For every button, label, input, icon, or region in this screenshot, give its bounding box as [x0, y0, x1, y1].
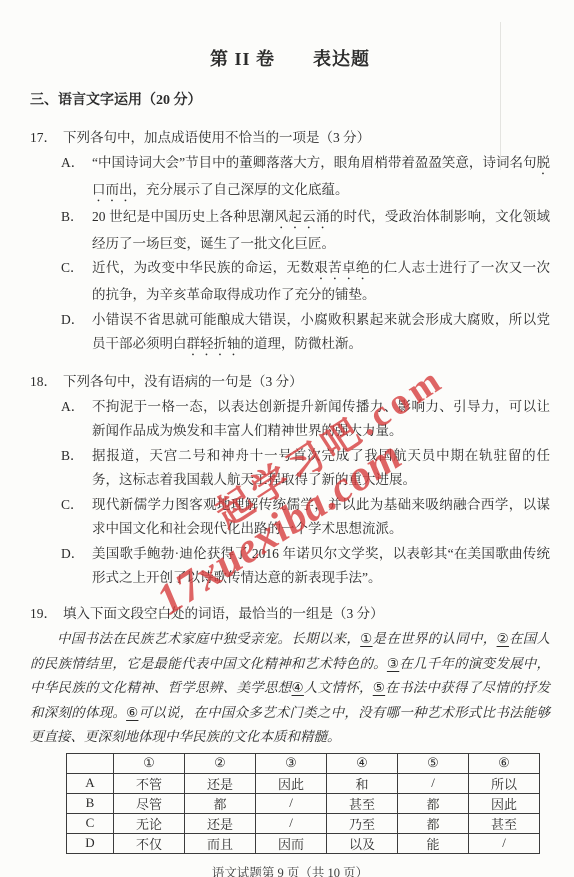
- table-cell: 都: [398, 813, 469, 833]
- passage-blank: ③: [387, 656, 399, 671]
- question-number: 18．: [30, 370, 63, 395]
- questions: 17．下列各句中，加点成语使用不恰当的一项是（3 分）A．“中国诗词大会”节目中…: [30, 126, 550, 626]
- table-cell: 无论: [114, 813, 185, 833]
- table-header-cell: ①: [114, 753, 185, 773]
- emphasized-idiom: 风起云涌: [275, 209, 330, 224]
- page-footer: 语文试题第 9 页（共 10 页）: [30, 863, 550, 877]
- table-cell: 都: [185, 793, 256, 813]
- option-label: A．: [61, 151, 92, 205]
- row-label: B: [67, 793, 114, 813]
- question-stem-text: 下列各句中，加点成语使用不恰当的一项是（3 分）: [63, 126, 550, 151]
- option-row: D．小错误不省思就可能酿成大错误，小腐败积累起来就会形成大腐败，所以党员干部必须…: [30, 308, 550, 360]
- option-text: “中国诗词大会”节目中的董卿落落大方，眼角眉梢带着盈盈笑意，诗词名句脱口而出，充…: [92, 151, 550, 205]
- table-cell: 还是: [185, 773, 256, 793]
- table-cell: 所以: [469, 773, 540, 793]
- option-text-segment: “中国诗词大会”节目中的董卿落落大方，眼角眉梢带着盈盈笑意，诗词名句: [92, 155, 537, 170]
- table-header-cell: ⑥: [469, 753, 540, 773]
- passage-blank: ⑥: [126, 705, 138, 720]
- table-cell: /: [256, 793, 327, 813]
- option-row: A．“中国诗词大会”节目中的董卿落落大方，眼角眉梢带着盈盈笑意，诗词名句脱口而出…: [30, 151, 550, 205]
- answer-table-body: A不管还是因此和/所以B尽管都/甚至都因此C无论还是/乃至都甚至D不仅而且因而以…: [67, 773, 540, 853]
- table-cell: 甚至: [469, 813, 540, 833]
- table-cell: 因而: [256, 833, 327, 853]
- option-label: D．: [61, 308, 92, 360]
- emphasized-idiom: 艰苦卓绝: [314, 260, 370, 275]
- table-header-cell: ⑤: [398, 753, 469, 773]
- table-header-cell: ③: [256, 753, 327, 773]
- option-row: C．现代新儒学力图客观地理解传统儒学，并以此为基础来吸纳融合西学，以谋求中国文化…: [30, 493, 550, 542]
- table-row: D不仅而且因而以及能/: [67, 833, 540, 853]
- question-stem: 17．下列各句中，加点成语使用不恰当的一项是（3 分）: [30, 126, 550, 151]
- passage-text-segment: 人文情怀，: [304, 680, 373, 695]
- option-text-segment: 美国歌手鲍勃·迪伦获得了 2016 年诺贝尔文学奖，以表彰其“在美国歌曲传统形式…: [92, 546, 550, 586]
- table-row: B尽管都/甚至都因此: [67, 793, 540, 813]
- table-cell: 而且: [185, 833, 256, 853]
- section-heading: 三、语言文字运用（20 分）: [30, 90, 550, 112]
- option-label: C．: [61, 256, 92, 308]
- table-cell: 尽管: [114, 793, 185, 813]
- question-stem: 18．下列各句中，没有语病的一句是（3 分）: [30, 370, 550, 395]
- option-text: 美国歌手鲍勃·迪伦获得了 2016 年诺贝尔文学奖，以表彰其“在美国歌曲传统形式…: [92, 542, 550, 591]
- question-stem-text: 填入下面文段空白处的词语，最恰当的一组是（3 分）: [63, 602, 550, 627]
- option-label: A．: [61, 395, 92, 444]
- question-block: 19．填入下面文段空白处的词语，最恰当的一组是（3 分）: [30, 602, 550, 627]
- row-label: C: [67, 813, 114, 833]
- emphasized-idiom: 群轻折轴: [187, 336, 241, 351]
- passage-blank: ②: [497, 631, 509, 646]
- option-text-segment: 近代，为改变中华民族的命运，无数: [92, 260, 314, 275]
- passage-blank: ④: [292, 680, 304, 695]
- question-block: 18．下列各句中，没有语病的一句是（3 分）A．不拘泥于一格一态，以表达创新提升…: [30, 370, 550, 591]
- table-cell: 不仅: [114, 833, 185, 853]
- scan-artifact: [500, 22, 501, 170]
- table-cell: /: [469, 833, 540, 853]
- table-cell: /: [256, 813, 327, 833]
- table-header-cell: [67, 753, 114, 773]
- option-text: 近代，为改变中华民族的命运，无数艰苦卓绝的仁人志士进行了一次又一次的抗争，为辛亥…: [92, 256, 550, 308]
- table-cell: 以及: [327, 833, 398, 853]
- answer-table-head: ①②③④⑤⑥: [67, 753, 540, 773]
- option-text: 据报道，天宫二号和神舟十一号首次完成了我国航天员中期在轨驻留的任务，这标志着我国…: [92, 444, 550, 493]
- question-stem-text: 下列各句中，没有语病的一句是（3 分）: [63, 370, 550, 395]
- question-number: 17．: [30, 126, 63, 151]
- option-text: 不拘泥于一格一态，以表达创新提升新闻传播力、影响力、引导力，可以让新闻作品成为焕…: [92, 395, 550, 444]
- option-text-segment: 不拘泥于一格一态，以表达创新提升新闻传播力、影响力、引导力，可以让新闻作品成为焕…: [92, 399, 550, 439]
- table-cell: 因此: [469, 793, 540, 813]
- table-cell: 能: [398, 833, 469, 853]
- table-cell: 乃至: [327, 813, 398, 833]
- option-row: B．20 世纪是中国历史上各种思潮风起云涌的时代，受政治体制影响，文化领域经历了…: [30, 205, 550, 257]
- option-text: 小错误不省思就可能酿成大错误，小腐败积累起来就会形成大腐败，所以党员干部必须明白…: [92, 308, 550, 360]
- option-row: D．美国歌手鲍勃·迪伦获得了 2016 年诺贝尔文学奖，以表彰其“在美国歌曲传统…: [30, 542, 550, 591]
- row-label: A: [67, 773, 114, 793]
- option-label: C．: [61, 493, 92, 542]
- table-cell: 都: [398, 793, 469, 813]
- option-text-segment: 据报道，天宫二号和神舟十一号首次完成了我国航天员中期在轨驻留的任务，这标志着我国…: [92, 448, 550, 488]
- option-text-segment: 20 世纪是中国历史上各种思潮: [92, 209, 275, 224]
- table-header-row: ①②③④⑤⑥: [67, 753, 540, 773]
- exam-page: 第 II 卷 表达题 三、语言文字运用（20 分） 17．下列各句中，加点成语使…: [0, 0, 574, 877]
- passage-text-segment: 是在世界的认同中，: [373, 631, 497, 646]
- option-text-segment: 现代新儒学力图客观地理解传统儒学，并以此为基础来吸纳融合西学，以谋求中国文化和社…: [92, 497, 550, 537]
- passage: 中国书法在民族艺术家庭中独受亲宠。长期以来，①是在世界的认同中，②在国人的民族情…: [30, 627, 550, 750]
- table-cell: 因此: [256, 773, 327, 793]
- passage-blank: ⑤: [373, 680, 385, 695]
- option-text: 现代新儒学力图客观地理解传统儒学，并以此为基础来吸纳融合西学，以谋求中国文化和社…: [92, 493, 550, 542]
- page-title: 第 II 卷 表达题: [30, 46, 550, 72]
- passage-blank: ①: [360, 631, 372, 646]
- table-cell: 甚至: [327, 793, 398, 813]
- table-cell: 和: [327, 773, 398, 793]
- question-number: 19．: [30, 602, 63, 627]
- table-cell: /: [398, 773, 469, 793]
- table-row: C无论还是/乃至都甚至: [67, 813, 540, 833]
- table-cell: 不管: [114, 773, 185, 793]
- option-row: C．近代，为改变中华民族的命运，无数艰苦卓绝的仁人志士进行了一次又一次的抗争，为…: [30, 256, 550, 308]
- option-text-segment: 的道理，防微杜渐。: [241, 336, 363, 351]
- option-label: B．: [61, 444, 92, 493]
- table-header-cell: ②: [185, 753, 256, 773]
- question-stem: 19．填入下面文段空白处的词语，最恰当的一组是（3 分）: [30, 602, 550, 627]
- table-header-cell: ④: [327, 753, 398, 773]
- option-label: B．: [61, 205, 92, 257]
- option-text: 20 世纪是中国历史上各种思潮风起云涌的时代，受政治体制影响，文化领域经历了一场…: [92, 205, 550, 257]
- row-label: D: [67, 833, 114, 853]
- option-text-segment: ，充分展示了自己深厚的文化底蕴。: [133, 182, 349, 197]
- passage-text-segment: 中国书法在民族艺术家庭中独受亲宠。长期以来，: [57, 631, 360, 646]
- option-row: B．据报道，天宫二号和神舟十一号首次完成了我国航天员中期在轨驻留的任务，这标志着…: [30, 444, 550, 493]
- option-label: D．: [61, 542, 92, 591]
- table-row: A不管还是因此和/所以: [67, 773, 540, 793]
- question-block: 17．下列各句中，加点成语使用不恰当的一项是（3 分）A．“中国诗词大会”节目中…: [30, 126, 550, 359]
- table-cell: 还是: [185, 813, 256, 833]
- option-row: A．不拘泥于一格一态，以表达创新提升新闻传播力、影响力、引导力，可以让新闻作品成…: [30, 395, 550, 444]
- answer-table: ①②③④⑤⑥A不管还是因此和/所以B尽管都/甚至都因此C无论还是/乃至都甚至D不…: [66, 753, 540, 854]
